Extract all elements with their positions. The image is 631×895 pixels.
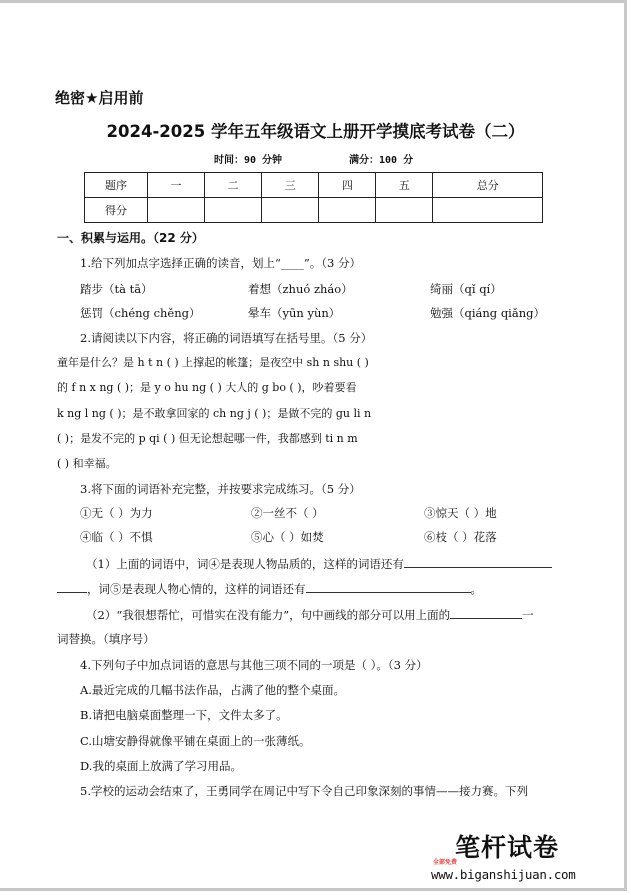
pinyin-choice-item: 着想（zhuó zháo） [248,281,353,297]
question-5-prompt: 5.学校的运动会结束了，王勇同学在周记中写下令自己印象深刻的事情——接力赛。下列 [80,783,528,799]
pinyin-choice-item: 踏步（tà tā） [80,281,153,297]
sub-question-2-cont: 词替换。（填序号） [57,631,155,647]
score-table-header-cell: 一 [148,173,205,198]
answer-blank[interactable] [450,606,522,619]
score-table-header-cell: 题序 [85,173,148,198]
passage-line: 的 f n x ng ( )；是 y o hu ng ( ) 大人的 g bo … [57,379,357,395]
passage-line: 童年是什么？是 h t n ( ) 上撑起的帐篷；是夜空中 sh n shu (… [57,354,369,370]
idiom-fill-item: ④临（ ）不惧 [80,529,153,545]
sub-question-1-text-cont: ，词⑤是表现人物心情的，这样的词语还有 [87,582,306,596]
sub-question-2-text-mid: 一 [522,608,534,622]
score-table-score-row: 得分 [85,198,543,223]
passage-line: ( ) 和幸福。 [57,455,117,471]
score-table: 题序 一 二 三 四 五 总分 得分 [84,172,543,223]
exam-title: 2024-2025 学年五年级语文上册开学摸底考试卷（二） [0,118,631,142]
section-heading: 一、积累与运用。（22 分） [57,229,204,246]
pinyin-choice-item: 绮丽（qǐ qí） [430,281,502,297]
score-cell[interactable] [262,198,319,223]
sub-question-1: （1）上面的词语中，词④是表现人物品质的，这样的词语还有 [86,555,552,572]
score-table-header-cell: 四 [319,173,376,198]
score-table-header-cell: 总分 [433,173,543,198]
passage-line: k ng l ng ( )；是不敢拿回家的 ch ng j ( )；是做不完的 … [57,405,371,421]
question-4-prompt: 4.下列句子中加点词语的意思与其他三项不同的一项是（ ）。（3 分） [80,657,428,673]
score-table-row-label: 得分 [85,198,148,223]
score-table-header-cell: 三 [262,173,319,198]
sub-question-1-text: （1）上面的词语中，词④是表现人物品质的，这样的词语还有 [86,557,404,571]
question-1-prompt: 1.给下列加点字选择正确的读音，划上“____”。（3 分） [80,255,361,271]
exam-full-score: 满分：100 分 [349,151,413,166]
answer-blank[interactable] [57,580,87,593]
choice-option-a: A.最近完成的几幅书法作品，占满了他的整个桌面。 [80,682,345,698]
sub-question-2-text: （2）“我很想帮忙，可惜实在没有能力”，句中画线的部分可以用上面的 [86,608,450,622]
pinyin-choice-item: 惩罚（chéng chěng） [80,305,201,321]
sub-question-1-end: 。 [471,582,483,596]
idiom-fill-item: ⑥枝（ ）花落 [424,529,497,545]
choice-option-b: B.请把电脑桌面整理一下，文件太多了。 [80,707,288,723]
watermark-url: www.biganshijuan.com [431,867,576,882]
choice-option-c: C.山塘安静得就像平铺在桌面上的一张薄纸。 [80,733,311,749]
score-cell[interactable] [433,198,543,223]
score-table-header-cell: 五 [376,173,433,198]
pinyin-choice-item: 勉强（qiáng qiǎng） [430,305,545,321]
exam-time: 时间：90 分钟 [214,151,282,166]
pinyin-choice-item: 晕车（yūn yùn） [248,305,340,321]
watermark-tag: 全部免费 [433,857,457,866]
idiom-fill-item: ③惊天（ ）地 [424,505,497,521]
score-table-header-cell: 二 [205,173,262,198]
idiom-fill-item: ⑤心（ ）如焚 [251,529,324,545]
answer-blank[interactable] [306,580,471,593]
score-cell[interactable] [376,198,433,223]
score-table-header-row: 题序 一 二 三 四 五 总分 [85,173,543,198]
idiom-fill-item: ②一丝不（ ） [251,505,324,521]
question-3-prompt: 3.将下面的词语补充完整，并按要求完成练习。（5 分） [80,481,361,497]
score-cell[interactable] [148,198,205,223]
score-cell[interactable] [319,198,376,223]
passage-line: ( )；是发不完的 p qi ( ) 但无论想起哪一件，我都感到 ti n m [57,430,358,446]
confidential-label: 绝密★启用前 [55,87,143,108]
watermark-brand: 笔杆试卷 [455,828,559,864]
choice-option-d: D.我的桌面上放满了学习用品。 [80,758,242,774]
question-2-prompt: 2.请阅读以下内容，将正确的词语填写在括号里。（5 分） [80,330,372,346]
score-cell[interactable] [205,198,262,223]
idiom-fill-item: ①无（ ）为力 [80,505,153,521]
answer-blank[interactable] [404,555,552,568]
sub-question-1-cont: ，词⑤是表现人物心情的，这样的词语还有。 [57,580,482,597]
sub-question-2: （2）“我很想帮忙，可惜实在没有能力”，句中画线的部分可以用上面的一 [86,606,534,623]
